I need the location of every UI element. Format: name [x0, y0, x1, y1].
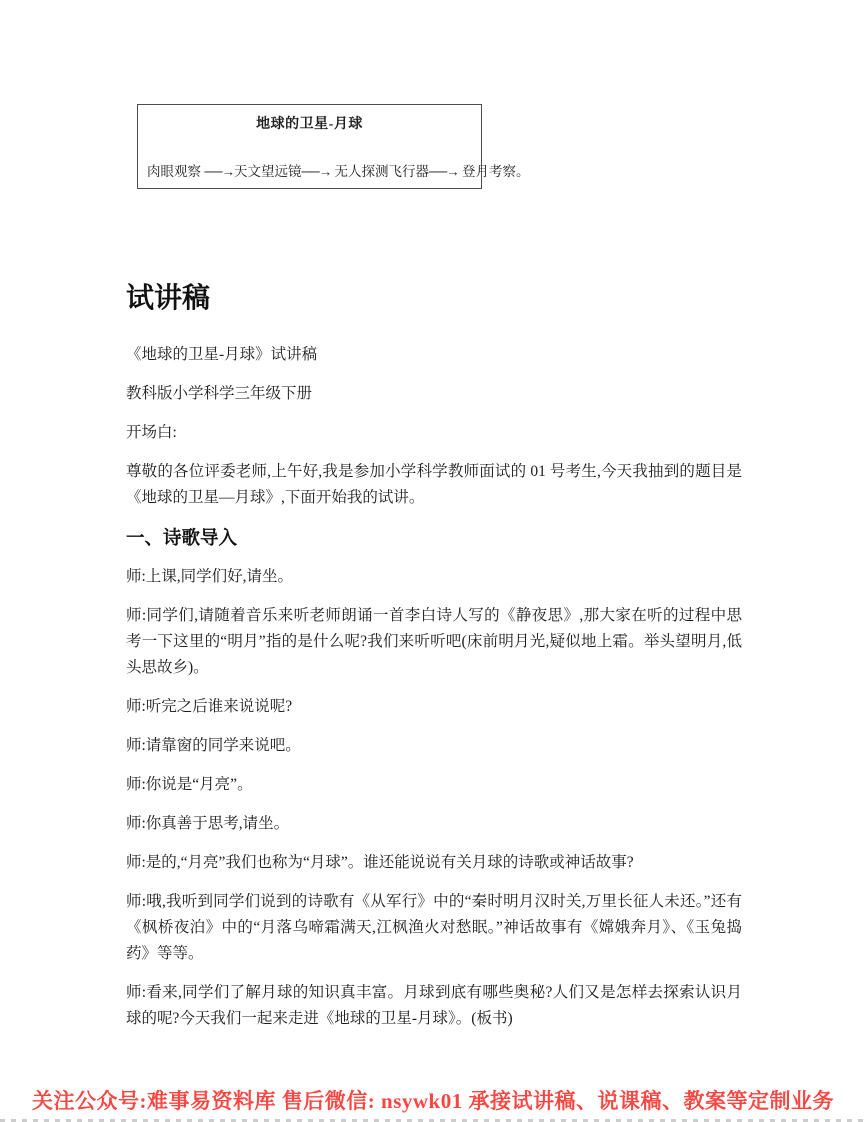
teacher-line: 师:你真善于思考,请坐。	[126, 811, 742, 837]
teacher-line: 师:听完之后谁来说说呢?	[126, 694, 742, 720]
doc-subtitle: 《地球的卫星-月球》试讲稿	[126, 342, 742, 368]
teacher-line: 师:看来,同学们了解月球的知识真丰富。月球到底有哪些奥秘?人们又是怎样去探索认识…	[126, 980, 742, 1032]
teacher-line: 师:请靠窗的同学来说吧。	[126, 733, 742, 759]
opening-label: 开场白:	[126, 420, 742, 446]
promo-banner: 关注公众号:难事易资料库 售后微信: nsywk01 承接试讲稿、说课稿、教案等…	[0, 1085, 866, 1115]
teacher-line: 师:同学们,请随着音乐来听老师朗诵一首李白诗人写的《静夜思》,那大家在听的过程中…	[126, 603, 742, 681]
flow-step-naked-eye: 肉眼观察	[147, 164, 204, 179]
teacher-line: 师:哦,我听到同学们说到的诗歌有《从军行》中的“秦时明月汉时关,万里长征人未还。…	[126, 889, 742, 967]
flow-step-telescope: 天文望远镜	[234, 164, 302, 179]
page-title: 试讲稿	[126, 283, 742, 315]
document-body: 试讲稿 《地球的卫星-月球》试讲稿 教科版小学科学三年级下册 开场白: 尊敬的各…	[126, 283, 742, 1032]
section-heading-poem-intro: 一、诗歌导入	[126, 527, 742, 551]
flow-step-probe: 无人探测飞行器	[331, 164, 429, 179]
right-arrow-icon: ──→	[204, 164, 234, 179]
right-arrow-icon: ──→	[302, 164, 332, 179]
doc-edition: 教科版小学科学三年级下册	[126, 381, 742, 407]
lesson-box-title: 地球的卫星-月球	[138, 113, 481, 133]
teacher-line: 师:上课,同学们好,请坐。	[126, 564, 742, 590]
lesson-flow-box: 地球的卫星-月球 肉眼观察 ──→天文望远镜──→ 无人探测飞行器──→ 登月考…	[137, 104, 482, 189]
flow-step-moon-landing: 登月考察。	[459, 164, 530, 179]
teacher-line: 师:是的,“月亮”我们也称为“月球”。谁还能说说有关月球的诗歌或神话故事?	[126, 850, 742, 876]
right-arrow-icon: ──→	[429, 164, 459, 179]
opening-paragraph: 尊敬的各位评委老师,上午好,我是参加小学科学教师面试的 01 号考生,今天我抽到…	[126, 459, 742, 511]
lesson-flow-line: 肉眼观察 ──→天文望远镜──→ 无人探测飞行器──→ 登月考察。	[138, 160, 481, 180]
teacher-line: 师:你说是“月亮”。	[126, 772, 742, 798]
